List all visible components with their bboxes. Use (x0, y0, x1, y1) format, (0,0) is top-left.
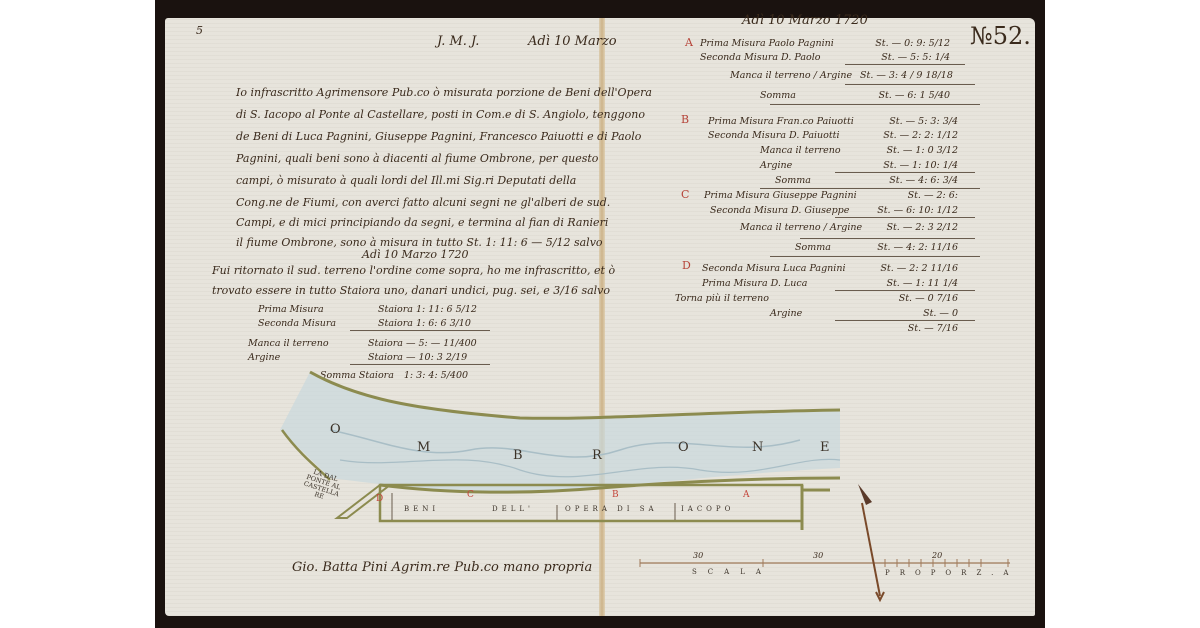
north-arrow (862, 503, 880, 596)
north-arrow-head (858, 484, 872, 505)
ditch (802, 485, 830, 530)
signature: Gio. Batta Pini Agrim.re Pub.co mano pro… (292, 560, 592, 575)
river-water (280, 372, 840, 492)
river-map (0, 0, 1200, 628)
